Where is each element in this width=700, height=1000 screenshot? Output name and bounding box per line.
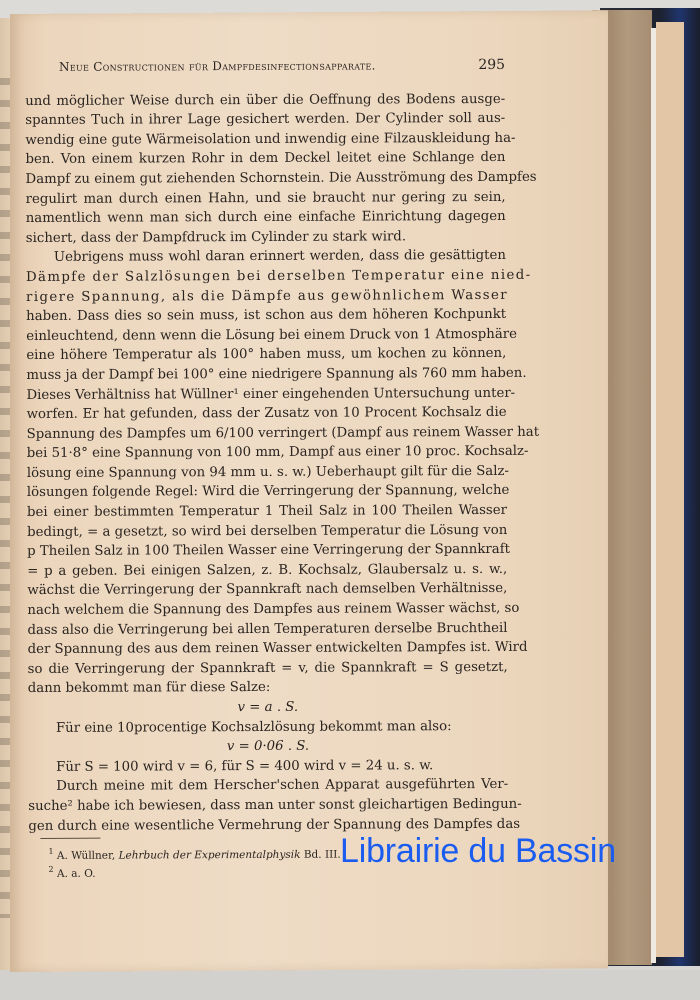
footnote-marker: 1 — [48, 847, 53, 856]
footnote-divider — [40, 838, 100, 839]
text-line: p Theilen Salz in 100 Theilen Wasser ein… — [27, 540, 507, 562]
paragraph-1: und möglicher Weise durch ein über die O… — [25, 89, 506, 248]
text-line: Dieses Verhältniss hat Wüllner¹ einer ei… — [26, 383, 506, 405]
text-line: namentlich wenn man sich durch eine einf… — [26, 207, 506, 229]
text-line: Durch meine mit dem Herscher'schen Appar… — [28, 775, 508, 797]
watermark-text: Librairie du Bassin — [340, 832, 616, 871]
footnote-author: A. Wüllner, — [57, 850, 115, 862]
text-line: einleuchtend, denn wenn die Lösung bei e… — [26, 325, 506, 347]
text-line: und möglicher Weise durch ein über die O… — [25, 89, 505, 111]
text-line: bei einer bestimmten Temperatur 1 Theil … — [27, 501, 507, 523]
background-surface-bottom — [0, 970, 700, 1000]
text-line: bei 51·8° eine Spannung von 100 mm, Damp… — [27, 442, 507, 464]
text-line: lösung eine Spannung von 94 mm u. s. w.)… — [27, 462, 507, 484]
running-head: Neue Constructionen für Dampfdesinfectio… — [59, 56, 505, 78]
text-line: worfen. Er hat gefunden, dass der Zusatz… — [27, 403, 507, 425]
book-photo: Neue Constructionen für Dampfdesinfectio… — [0, 0, 700, 1000]
footnote-text: A. a. O. — [57, 868, 96, 880]
text-line: Dampf zu einem gut ziehenden Schornstein… — [25, 168, 505, 190]
next-page-edge — [656, 22, 684, 957]
text-line: wendig eine gute Wärmeisolation und inwe… — [25, 129, 505, 151]
text-line: suche² habe ich bewiesen, dass man unter… — [28, 795, 508, 817]
text-line: wächst die Verringerung der Spannkraft n… — [27, 579, 507, 601]
text-line: Uebrigens muss wohl daran erinnert werde… — [26, 246, 506, 268]
text-line: sichert, dass der Dampfdruck im Cylinder… — [26, 227, 506, 249]
footnote-volume: Bd. III. — [304, 849, 341, 861]
text-line: spanntes Tuch in ihrer Lage gesichert we… — [25, 109, 505, 131]
text-line: nach welchem die Spannung des Dampfes au… — [27, 599, 507, 621]
formula-2: v = 0·06 . S. — [28, 736, 508, 758]
paragraph-3: Durch meine mit dem Herscher'schen Appar… — [28, 775, 508, 836]
formula-1: v = a . S. — [28, 697, 508, 719]
text-line: regulirt man durch einen Hahn, und sie b… — [26, 187, 506, 209]
page-text: Neue Constructionen für Dampfdesinfectio… — [25, 56, 509, 881]
footnote-marker: 2 — [49, 865, 54, 874]
text-line: haben. Dass dies so sein muss, ist schon… — [26, 305, 506, 327]
text-line: bedingt, = a gesetzt, so wird bei dersel… — [27, 521, 507, 543]
footnote-title: Lehrbuch der Experimentalphysik — [119, 849, 301, 862]
text-line: ben. Von einem kurzen Rohr in dem Deckel… — [25, 148, 505, 170]
text-line: dann bekommt man für diese Salze: — [28, 677, 508, 699]
text-line: = p a geben. Bei einigen Salzen, z. B. K… — [27, 560, 507, 582]
text-line: so die Verringerung der Spannkraft = v, … — [28, 658, 508, 680]
paragraph-2: Uebrigens muss wohl daran erinnert werde… — [26, 246, 508, 699]
text-line: dass also die Verringerung bei allen Tem… — [27, 619, 507, 641]
text-line: rigere Spannung, als die Dämpfe aus gewö… — [26, 285, 506, 307]
text-line: eine höhere Temperatur als 100° haben mu… — [26, 344, 506, 366]
page-number: 295 — [478, 56, 505, 76]
text-line: Dämpfe der Salzlösungen bei derselben Te… — [26, 266, 506, 288]
text-line: Für S = 100 wird v = 6, für S = 400 wird… — [28, 756, 508, 778]
text-line: Für eine 10procentige Kochsalzlösung bek… — [28, 716, 508, 738]
text-line: Spannung des Dampfes um 6/100 verringert… — [27, 423, 507, 445]
running-head-title: Neue Constructionen für Dampfdesinfectio… — [59, 56, 376, 77]
text-line: der Spannung des aus dem reinen Wasser e… — [28, 638, 508, 660]
text-line: lösungen folgende Regel: Wird die Verrin… — [27, 481, 507, 503]
text-line: muss ja der Dampf bei 100° eine niedrige… — [26, 364, 506, 386]
